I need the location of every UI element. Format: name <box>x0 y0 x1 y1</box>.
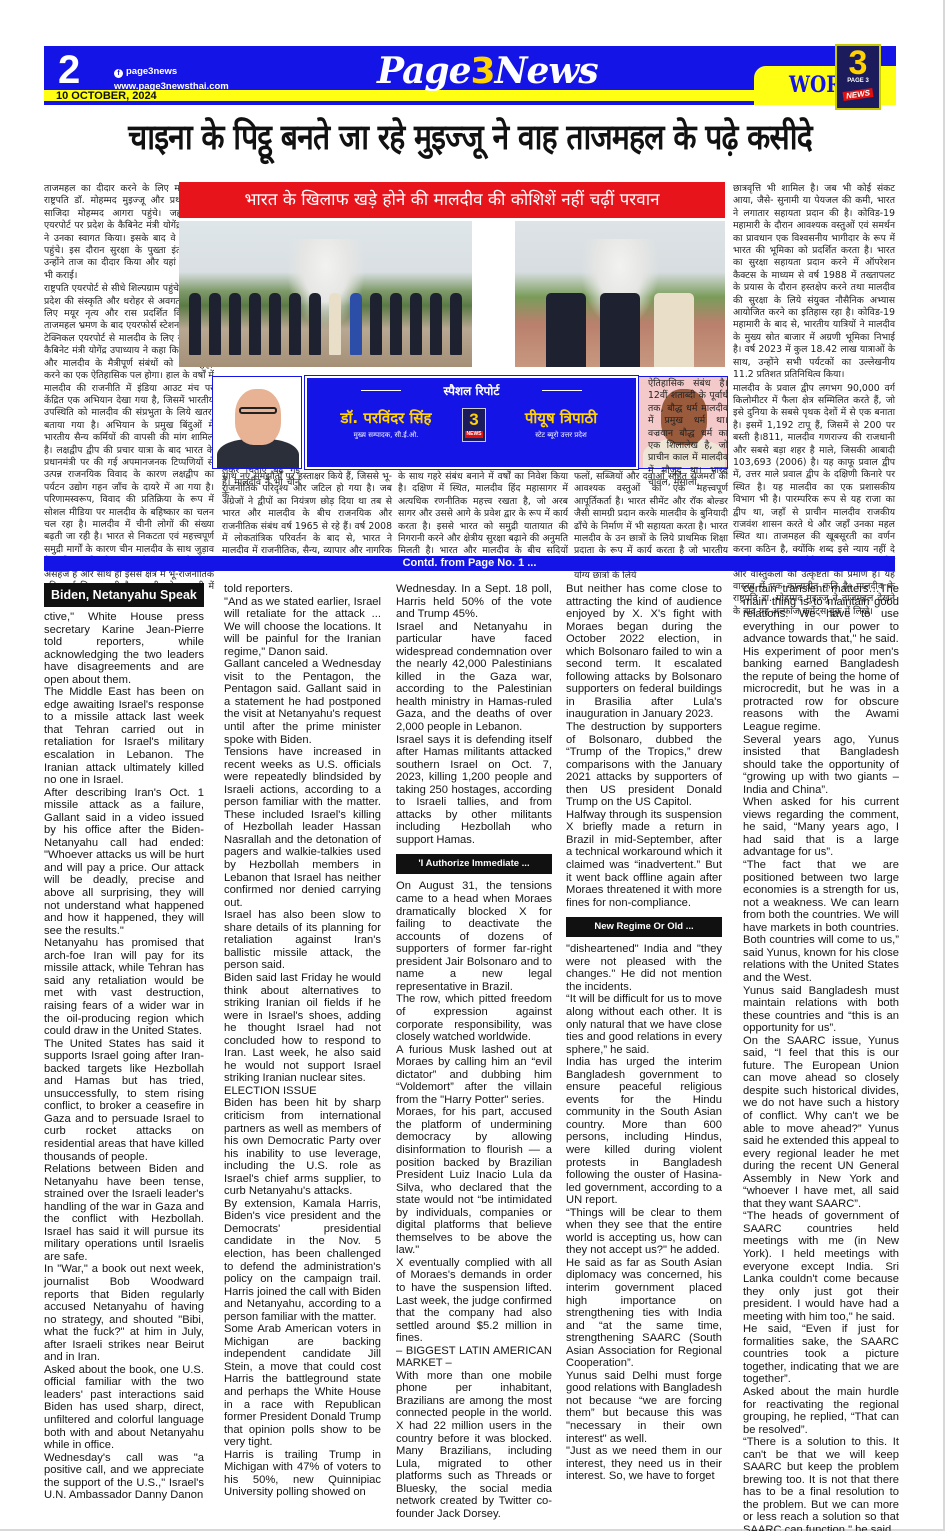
author-1-name: डॉ. परविंदर सिंह <box>313 408 459 428</box>
article-paragraph: The row, which pitted freedom of express… <box>396 993 552 1043</box>
special-report-title: स्पैशल रिपोर्ट <box>307 382 636 399</box>
president-couple-photo <box>515 221 725 367</box>
english-column-4: But neither has come close to attracting… <box>566 583 722 1483</box>
page3-mini-emblem-icon: 3 NEWS <box>462 408 486 442</box>
article-paragraph: The Middle East has been on edge awaitin… <box>44 686 204 786</box>
english-column-5: certain transient matters…The main thing… <box>743 583 899 1531</box>
article-paragraph: In "War," a book out next week, journali… <box>44 1263 204 1363</box>
author-2-name: पीयूष त्रिपाठी <box>491 408 631 428</box>
english-column-1: Biden, Netanyahu Speak ... ctive," White… <box>44 583 204 1502</box>
article-paragraph: The United States has said it supports I… <box>44 1038 204 1163</box>
article-paragraph: Moraes, for his part, accused the platfo… <box>396 1106 552 1257</box>
masthead: 2 fpage3news www.page3newsthai.com 10 OC… <box>44 46 896 105</box>
article-paragraph: On the SAARC issue, Yunus said, “I feel … <box>743 1035 899 1211</box>
section-subhead: ELECTION ISSUE <box>224 1085 381 1098</box>
article-paragraph: On August 31, the tensions came to a hea… <box>396 880 552 993</box>
hindi-paragraph: छात्रवृत्ति भी शामिल है। जब भी कोई संकट … <box>733 183 895 382</box>
author-portrait-parvinder-singh <box>212 376 302 469</box>
logo-text-left: Page <box>377 50 471 92</box>
facebook-handle[interactable]: page3news <box>126 66 177 77</box>
emblem-number: 3 <box>837 48 879 78</box>
taj-mahal-group-photo <box>179 221 472 367</box>
article-paragraph: When asked for his current views regardi… <box>743 796 899 859</box>
article-paragraph: told reporters. <box>224 583 381 596</box>
story-subheadline-banner: भारत के खिलाफ खड़े होने की मालदीव की कोश… <box>179 182 725 218</box>
article-paragraph: Relations between Biden and Netanyahu ha… <box>44 1163 204 1263</box>
author-1: डॉ. परविंदर सिंह मुख्य सम्पादक, सी.ई.ओ. <box>313 408 459 440</box>
emblem-subtitle: PAGE 3 <box>837 78 879 84</box>
article-paragraph: "And as we stated earlier, Israel will r… <box>224 596 381 659</box>
article-paragraph: Several years ago, Yunus insisted that B… <box>743 734 899 797</box>
article-paragraph: Israel says it is defending itself after… <box>396 734 552 847</box>
article-paragraph: Yunus said Bangladesh must maintain rela… <box>743 985 899 1035</box>
newspaper-logo: Page3News <box>377 50 598 92</box>
article-paragraph: Asked about the book, one U.S. official … <box>44 1364 204 1452</box>
logo-three: 3 <box>471 51 495 92</box>
article-paragraph: "Just as we need them in our interest, t… <box>566 1445 722 1483</box>
article-paragraph: Wednesday. In a Sept. 18 poll, Harris he… <box>396 583 552 621</box>
hindi-column-5: छात्रवृत्ति भी शामिल है। जब भी कोई संकट … <box>733 183 895 618</box>
story-kicker-authorize-immediate: 'I Authorize Immediate ... <box>396 854 552 874</box>
article-paragraph: His experiment of poor men's banking ear… <box>743 646 899 734</box>
article-paragraph: Gallant canceled a Wednesday visit to th… <box>224 658 381 746</box>
article-paragraph: Israel and Netanyahu in particular have … <box>396 621 552 734</box>
article-paragraph: ctive," White House press secretary Kari… <box>44 611 204 686</box>
story-kicker-biden-netanyahu: Biden, Netanyahu Speak ... <box>44 583 204 607</box>
issue-date: 10 OCTOBER, 2024 <box>56 90 157 102</box>
article-paragraph: "disheartened" India and "they were not … <box>566 943 722 993</box>
english-column-2: told reporters. "And as we stated earlie… <box>224 583 381 1499</box>
page3-emblem-icon: 3 PAGE 3 NEWS <box>835 44 881 110</box>
author-2-role: स्टेट ब्यूरो उत्तर प्रदेश <box>491 431 631 440</box>
special-report-box: स्पैशल रिपोर्ट डॉ. परविंदर सिंह मुख्य सम… <box>305 376 638 469</box>
article-paragraph: Biden said last Friday he would think ab… <box>224 972 381 1085</box>
article-paragraph: With more than one mobile phone per inha… <box>396 1370 552 1521</box>
article-paragraph: But neither has come close to attracting… <box>566 583 722 721</box>
article-paragraph: “It will be difficult for us to move alo… <box>566 993 722 1056</box>
three-people-image <box>515 293 725 355</box>
emblem-tag: NEWS <box>843 88 874 101</box>
main-headline: चाइना के पिट्ठू बनते जा रहे मुइज्जू ने व… <box>104 113 837 160</box>
article-paragraph: Netanyahu has promised that arch-foe Ira… <box>44 937 204 1037</box>
group-of-people-image <box>179 293 472 355</box>
section-subhead: – BIGGEST LATIN AMERICAN MARKET – <box>396 1345 552 1370</box>
article-paragraph: certain transient matters…The main thing… <box>743 583 899 646</box>
story-kicker-new-regime: New Regime Or Old ... <box>566 917 722 937</box>
english-column-3: Wednesday. In a Sept. 18 poll, Harris he… <box>396 583 552 1520</box>
article-paragraph: Wednesday's call was "a positive call, a… <box>44 1452 204 1502</box>
article-paragraph: Israel has also been slow to share detai… <box>224 909 381 972</box>
article-paragraph: “Things will be clear to them when they … <box>566 1207 722 1257</box>
article-paragraph: He said, “Even if just for formalities s… <box>743 1323 899 1386</box>
article-paragraph: “The heads of government of SAARC countr… <box>743 1210 899 1323</box>
article-paragraph: Tensions have increased in recent weeks … <box>224 746 381 909</box>
author-1-role: मुख्य सम्पादक, सी.ई.ओ. <box>313 431 459 440</box>
article-paragraph: Halfway through its suspension X briefly… <box>566 809 722 909</box>
author-2: पीयूष त्रिपाठी स्टेट ब्यूरो उत्तर प्रदेश <box>491 408 631 440</box>
article-paragraph: The destruction by supporters of Bolsona… <box>566 721 722 809</box>
article-paragraph: “The fact that we are positioned between… <box>743 859 899 984</box>
article-paragraph: India has urged the interim Bangladesh g… <box>566 1056 722 1207</box>
article-paragraph: X eventually complied with all of Moraes… <box>396 1257 552 1345</box>
article-paragraph: Asked about the main hurdle for reactiva… <box>743 1386 899 1436</box>
article-paragraph: Yunus said Delhi must forge good relatio… <box>566 1370 722 1445</box>
article-paragraph: By extension, Kamala Harris, Biden's vic… <box>224 1198 381 1323</box>
article-paragraph: A furious Musk lashed out at Moraes by c… <box>396 1044 552 1107</box>
article-paragraph: After describing Iran's Oct. 1 missile a… <box>44 787 204 938</box>
article-paragraph: Harris is trailing Trump in Michigan wit… <box>224 1449 381 1499</box>
page-number: 2 <box>58 48 80 93</box>
facebook-icon: f <box>114 69 123 78</box>
logo-text-right: News <box>495 50 598 92</box>
article-paragraph: Some Arab American voters in Michigan ar… <box>224 1323 381 1448</box>
article-paragraph: Biden has been hit by sharp criticism fr… <box>224 1097 381 1197</box>
article-paragraph: He said as far as South Asian diplomacy … <box>566 1257 722 1370</box>
article-paragraph: “There is a solution to this. It can't b… <box>743 1436 899 1531</box>
continued-from-page-bar: Contd. from Page No. 1 ... <box>44 556 895 571</box>
